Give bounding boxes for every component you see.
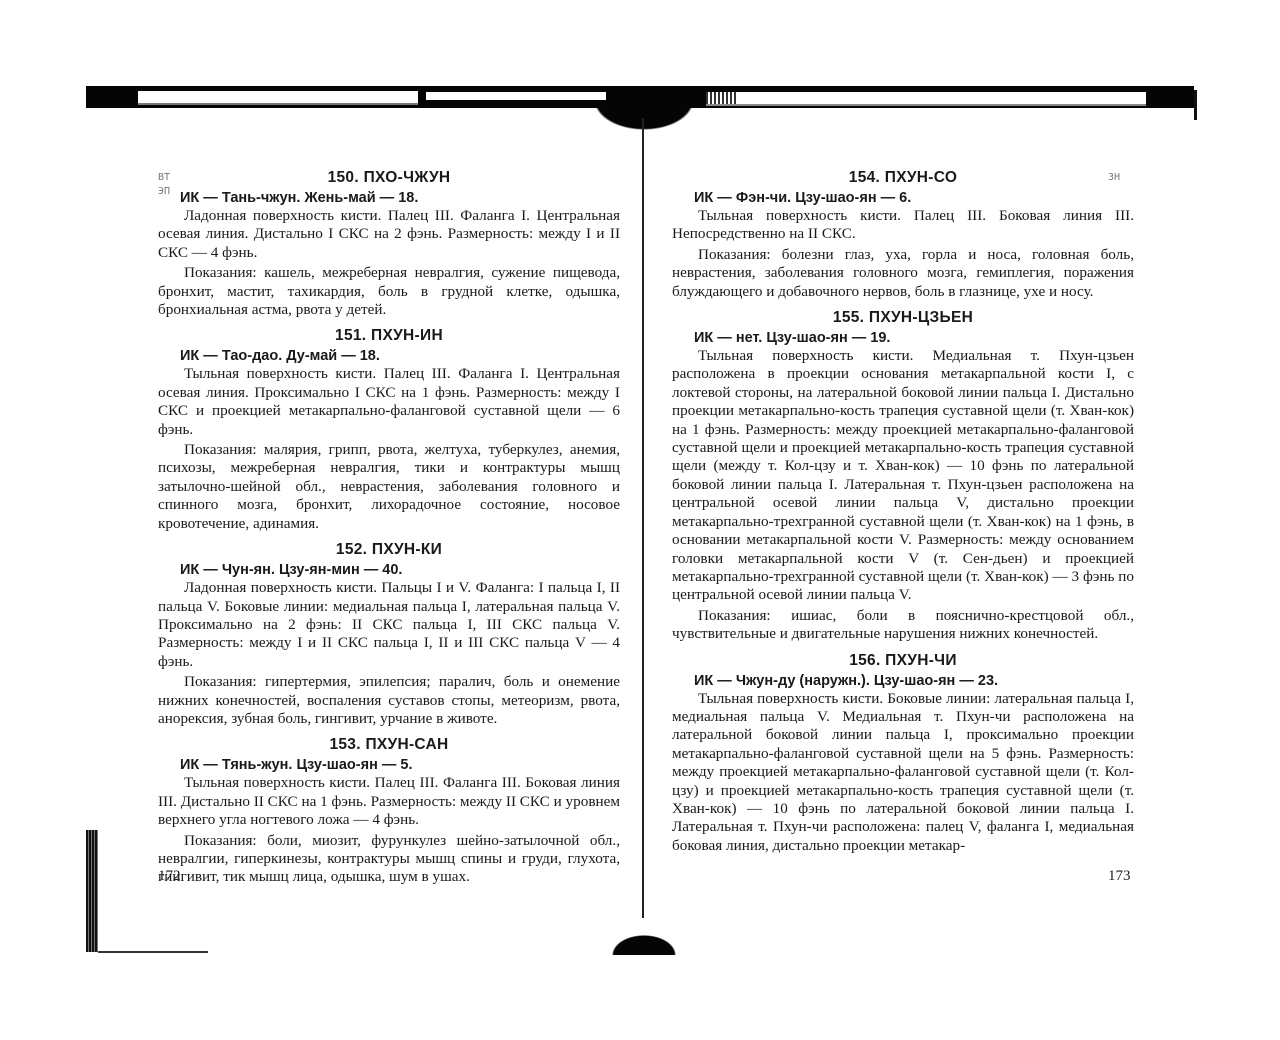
acupoint-entry: 153. ПХУН-САНИК — Тянь-жун. Цзу-шао-ян —… (158, 735, 620, 886)
right-page: 154. ПХУН-СОИК — Фэн-чи. Цзу-шао-ян — 6.… (672, 168, 1134, 862)
book-page-edge (86, 830, 98, 952)
entry-indications: Показания: кашель, межреберная невралгия… (158, 264, 620, 319)
entry-ik-line: ИК — Тао-дао. Ду-май — 18. (180, 347, 620, 365)
book-spine (642, 118, 644, 918)
entry-indications: Показания: ишиас, боли в пояснично-крест… (672, 607, 1134, 644)
entry-ik-line: ИК — Фэн-чи. Цзу-шао-ян — 6. (694, 189, 1134, 207)
page-number: 172 (158, 868, 181, 885)
book-spine-bottom (612, 935, 676, 955)
entry-description: Тыльная поверхность кисти. Палец III. Фа… (158, 365, 620, 439)
entry-ik-line: ИК — Чжун-ду (наружн.). Цзу-шао-ян — 23. (694, 672, 1134, 690)
entry-description: Тыльная поверхность кисти. Боковые линии… (672, 690, 1134, 856)
entry-indications: Показания: болезни глаз, уха, горла и но… (672, 246, 1134, 301)
acupoint-entry: 151. ПХУН-ИНИК — Тао-дао. Ду-май — 18.Ты… (158, 326, 620, 533)
entry-title: 153. ПХУН-САН (158, 735, 620, 754)
entry-ik-line: ИК — Тань-чжун. Жень-май — 18. (180, 189, 620, 207)
left-page: 150. ПХО-ЧЖУНИК — Тань-чжун. Жень-май — … (158, 168, 620, 894)
entry-description: Ладонная поверхность кисти. Пальцы I и V… (158, 579, 620, 671)
entry-description: Ладонная поверхность кисти. Палец III. Ф… (158, 207, 620, 262)
entry-title: 155. ПХУН-ЦЗЬЕН (672, 308, 1134, 327)
acupoint-entry: 150. ПХО-ЧЖУНИК — Тань-чжун. Жень-май — … (158, 168, 620, 319)
entry-indications: Показания: малярия, грипп, рвота, желтух… (158, 441, 620, 533)
entry-ik-line: ИК — нет. Цзу-шао-ян — 19. (694, 329, 1134, 347)
entry-title: 150. ПХО-ЧЖУН (158, 168, 620, 187)
entry-ik-line: ИК — Чун-ян. Цзу-ян-мин — 40. (180, 561, 620, 579)
acupoint-entry: 155. ПХУН-ЦЗЬЕНИК — нет. Цзу-шао-ян — 19… (672, 308, 1134, 644)
entry-ik-line: ИК — Тянь-жун. Цзу-шао-ян — 5. (180, 756, 620, 774)
page-number: 173 (1108, 868, 1131, 885)
entry-description: Тыльная поверхность кисти. Медиальная т.… (672, 347, 1134, 605)
entry-indications: Показания: гипертермия, эпилепсия; парал… (158, 673, 620, 728)
entry-title: 154. ПХУН-СО (672, 168, 1134, 187)
entry-indications: Показания: боли, миозит, фурункулез шейн… (158, 832, 620, 887)
entry-title: 152. ПХУН-КИ (158, 540, 620, 559)
acupoint-entry: 152. ПХУН-КИИК — Чун-ян. Цзу-ян-мин — 40… (158, 540, 620, 728)
entry-title: 151. ПХУН-ИН (158, 326, 620, 345)
entry-description: Тыльная поверхность кисти. Палец III. Фа… (158, 774, 620, 829)
entry-title: 156. ПХУН-ЧИ (672, 651, 1134, 670)
entry-description: Тыльная поверхность кисти. Палец III. Бо… (672, 207, 1134, 244)
book-spread: ВТ ЭП ЗН 150. ПХО-ЧЖУНИК — Тань-чжун. Же… (0, 0, 1280, 1040)
acupoint-entry: 156. ПХУН-ЧИИК — Чжун-ду (наружн.). Цзу-… (672, 651, 1134, 856)
book-corner (1180, 90, 1197, 120)
acupoint-entry: 154. ПХУН-СОИК — Фэн-чи. Цзу-шао-ян — 6.… (672, 168, 1134, 301)
book-spine-top (596, 100, 692, 134)
